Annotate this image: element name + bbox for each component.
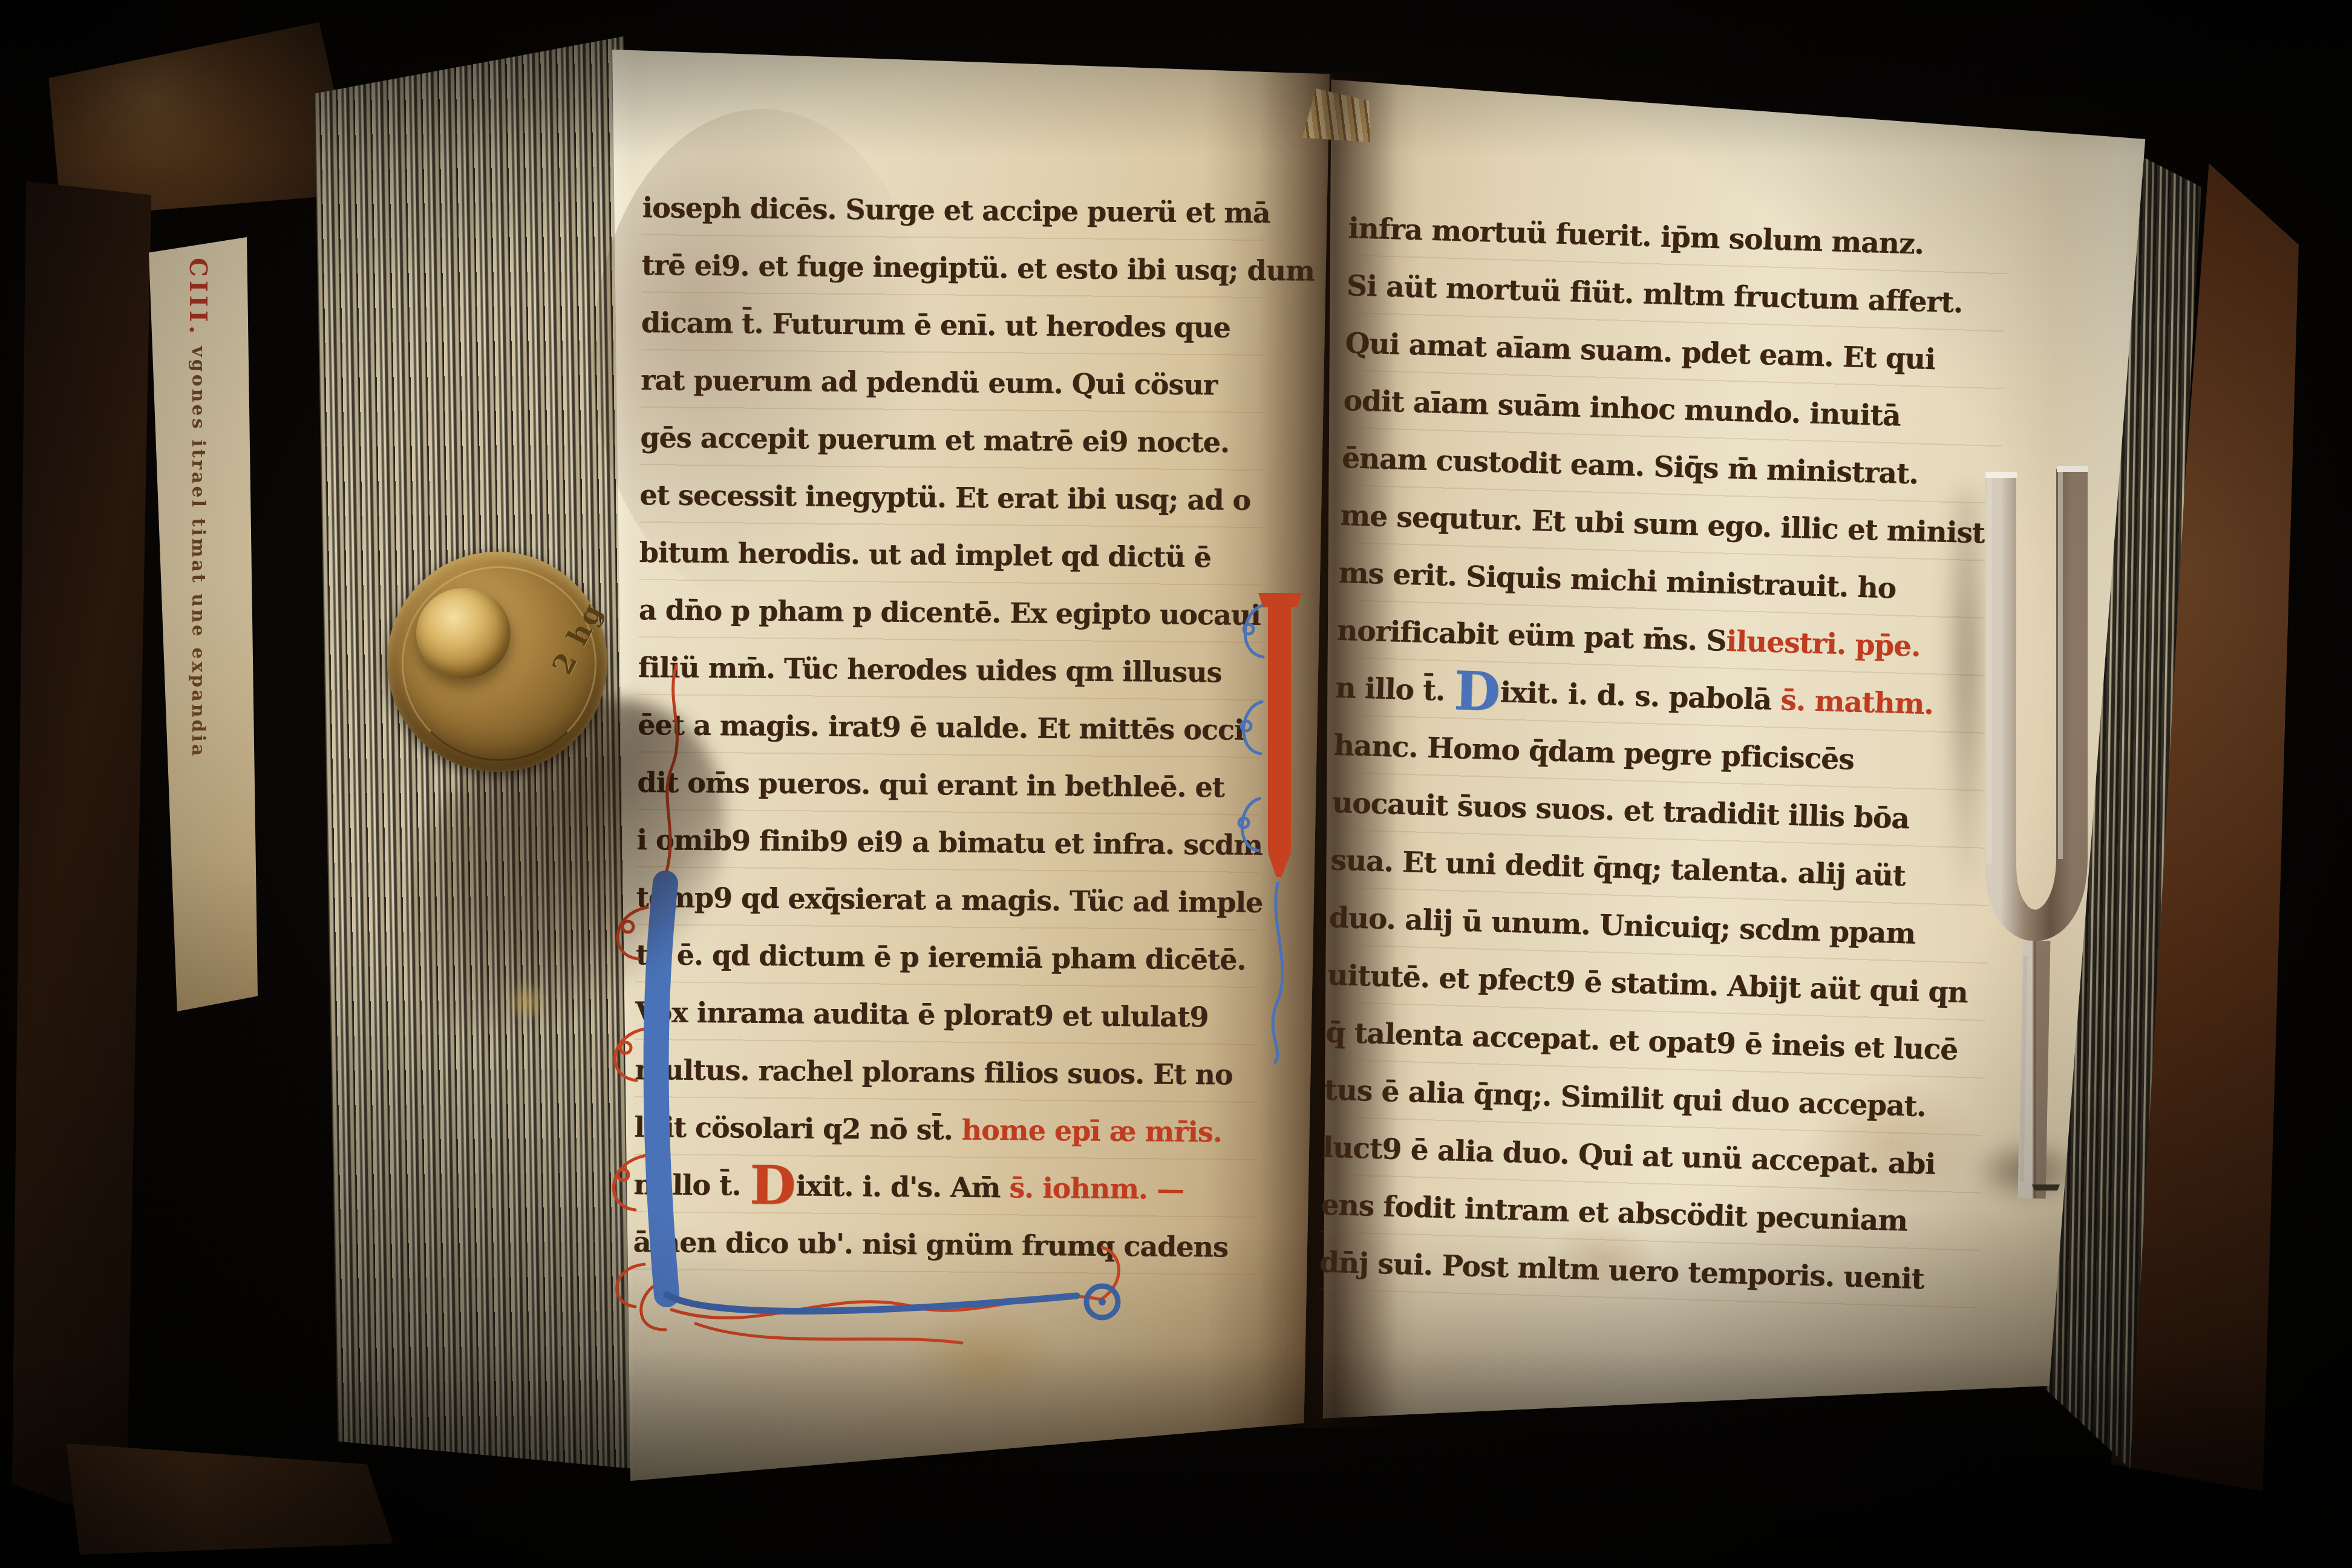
text-segment: q̄ talenta accepat. et opat9 ē ineis et … [1325, 1016, 1958, 1067]
text-segment: trē ei9. et fuge inegiptü. et esto ibi u… [642, 249, 1315, 287]
text-segment: sua. Et uni dedit q̄nq; talenta. alij aü… [1330, 844, 1906, 893]
manuscript-text-line: trē ei9. et fuge inegiptü. et esto ibi u… [641, 237, 1265, 299]
text-segment: ms erit. Siquis michi ministrauit. ho [1338, 557, 1896, 606]
text-segment: ioseph dicēs. Surge et accipe puerü et m… [642, 191, 1270, 229]
text-segment: Qui amat aīam suam. pdet eam. Et qui [1345, 327, 1936, 376]
text-segment: me sequtur. Et ubi sum ego. illic et min… [1340, 499, 1985, 550]
text-segment: rat puerum ad pdendü eum. Qui cösur [641, 364, 1217, 401]
text-segment: dn̄j sui. Post mltm uero temporis. uenit [1319, 1246, 1924, 1296]
manuscript-photo-scene: CIII. vgones itrael timat une expandia i… [0, 0, 2352, 1568]
text-segment: duo. alij ū unum. Unicuiq; scdm ppam [1328, 901, 1916, 951]
text-segment: ixit. i. d. s. pabolā [1500, 676, 1781, 717]
manuscript-text-line: gēs accepit puerum et matrē ei9 nocte. [640, 409, 1264, 472]
text-segment: Si aüt mortuü fiüt. mltm fructum affert. [1346, 269, 1963, 319]
folio-number: CIII. [184, 258, 212, 338]
leather-cover-left-spine [12, 181, 151, 1524]
text-segment: ēnam custodit eam. Siq̄s m̄ ministrat. [1341, 442, 1918, 491]
manuscript-text-line: rat puerum ad pdendü eum. Qui cösur [641, 351, 1264, 414]
decorated-initial: D [1453, 659, 1501, 723]
text-segment: a dn̄o p pham p dicentē. Ex egipto uocau… [639, 593, 1261, 632]
tuning-fork [1948, 448, 2129, 1222]
text-segment: bitum herodis. ut ad implet qd dictü ē [639, 536, 1211, 573]
manuscript-text-line: dicam t̄. Futurum ē enī. ut herodes que [641, 294, 1265, 357]
right-page-text-block: infra mortuü fuerit. ip̄m solum manz.Si … [1319, 200, 2008, 1310]
text-segment: tus ē alia q̄nq;. Similit qui duo accepa… [1324, 1073, 1926, 1123]
text-segment: infra mortuü fuerit. ip̄m solum manz. [1348, 212, 1924, 261]
illuminated-initial-I-red [1222, 569, 1355, 1065]
text-segment: s̄. mathm. [1780, 684, 1934, 721]
manuscript-text-line: et secessit inegyptü. Et erat ibi usq; a… [639, 466, 1263, 529]
manuscript-text-line: a dn̄o p pham p dicentē. Ex egipto uocau… [638, 581, 1262, 644]
text-segment: luct9 ē alia duo. Qui at unü accepat. ab… [1322, 1131, 1935, 1181]
text-segment: norificabit eüm pat m̄s. S [1336, 614, 1726, 658]
text-segment: dicam t̄. Futurum ē enī. ut herodes que [641, 306, 1230, 344]
brass-weight-knob [416, 588, 511, 679]
edge-annotation-text: vgones itrael timat une expandia [188, 346, 209, 758]
protruding-leaf-edge: CIII. vgones itrael timat une expandia [149, 237, 258, 1011]
manuscript-text-line: ioseph dicēs. Surge et accipe puerü et m… [642, 179, 1266, 242]
text-segment: gēs accepit puerum et matrē ei9 nocte. [640, 421, 1229, 459]
text-segment: iluestri. pp̄e. [1726, 625, 1921, 664]
leather-cover-top-left [42, 18, 357, 218]
text-segment: uocauit s̄uos suos. et tradidit illis bō… [1331, 786, 1909, 836]
text-segment: ens fodit intram et abscödit pecuniam [1321, 1188, 1908, 1238]
text-segment: odit aīam suām inhoc mundo. inuitā [1343, 384, 1901, 433]
text-segment: hanc. Homo q̄dam pegre pficiscēs [1333, 729, 1854, 777]
fore-edge-annotation: CIII. vgones itrael timat une expandia [184, 258, 212, 984]
text-segment: uitutē. et pfect9 ē statim. Abijt aüt qu… [1327, 959, 1968, 1010]
text-segment: et secessit inegyptü. Et erat ibi usq; a… [639, 479, 1250, 517]
manuscript-text-line: bitum herodis. ut ad implet qd dictü ē [639, 524, 1263, 587]
